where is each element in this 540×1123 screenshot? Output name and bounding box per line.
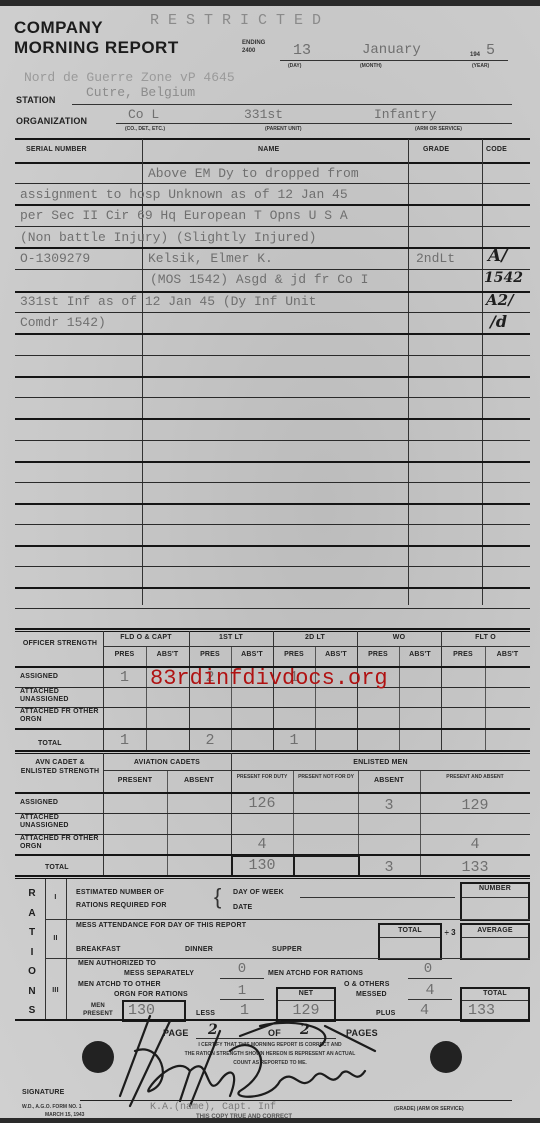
station-label: STATION [16,95,56,105]
group-1st-lt: 1ST LT [189,634,273,641]
em-attached-present-and-absent: 4 [420,836,530,853]
group-aviation-cadets: AVIATION CADETS [103,759,231,766]
roster-line-8: Comdr 1542) [20,315,106,330]
report-year: 5 [486,42,495,59]
sub-abst: ABS'T [315,651,357,658]
roster-line-4: (Non battle Injury) (Slightly Injured) [20,230,316,245]
sub-pres: PRES [357,651,399,658]
breakfast-label: BREAKFAST [76,946,121,953]
signature-scribble [80,1011,420,1111]
signer-typed: K.A.(name), Capt. Inf [150,1102,276,1113]
col-em-present-and-absent: PRESENT AND ABSENT [430,773,520,782]
em-total-present-duty: 130 [231,857,293,874]
col-em-present-for-duty: PRESENT FOR DUTY [236,773,288,782]
sub-pres: PRES [103,651,146,658]
section-i-number: I [45,894,66,901]
rations-total-value: 133 [468,1002,495,1019]
roster-code-1: A/ [488,246,507,266]
col-avn-present: PRESENT [103,777,167,784]
col-name: NAME [258,146,279,153]
group-wo: WO [357,634,441,641]
enlisted-row-attached-unassigned: ATTACHED UNASSIGNED [20,814,100,830]
atchd-other-value: 1 [222,983,262,999]
enlisted-row-assigned: ASSIGNED [20,799,58,806]
sec1-label-line1: ESTIMATED NUMBER OF [76,889,164,896]
atchd-other-label1: MEN ATCHD TO OTHER [78,981,161,988]
plus-value: 4 [420,1002,429,1019]
officer-assigned-fld-pres: 1 [103,669,146,686]
roster-line-3: per Sec II Cir 69 Hq European T Opns U S… [20,208,348,223]
watermark: 83rdinfdivdocs.org [150,666,388,691]
roster-name: Kelsik, Elmer K. [148,251,273,266]
roster-line-2: assignment to hosp Unknown as of 12 Jan … [20,187,348,202]
group-fld-o-capt: FLD O & CAPT [103,634,189,641]
organization-label: ORGANIZATION [16,116,87,126]
brace-icon: { [214,886,221,908]
atchd-rations-label: MEN ATCHD FOR RATIONS [268,970,363,977]
rations-total-label: TOTAL [462,990,528,997]
officer-row-assigned: ASSIGNED [20,673,58,680]
enlisted-row-total: TOTAL [45,864,69,871]
org-company-caption: (CO., DET., ETC.) [125,126,165,132]
total-label: TOTAL [380,927,440,934]
average-label: AVERAGE [462,927,528,934]
report-month: January [362,42,421,58]
officer-row-attached-unassigned: ATTACHED UNASSIGNED [20,688,100,704]
sub-pres: PRES [189,651,231,658]
roster-line-6: (MOS 1542) Asgd & jd fr Co I [150,272,368,287]
em-total-absent: 3 [358,859,420,876]
title-line2: MORNING REPORT [14,38,179,58]
atchd-other-label2: ORGN FOR RATIONS [114,991,188,998]
day-of-week-label: DAY OF WEEK [233,889,284,896]
net-label: NET [278,990,334,997]
col-em-present-not-for-dy: PRESENT NOT FOR DY [297,773,355,782]
location-line: Nord de Guerre Zone vP 4645 [24,70,235,85]
year-prefix: 194 [470,52,480,58]
em-assigned-present-and-absent: 129 [420,797,530,814]
sec1-label-line2: RATIONS REQUIRED FOR [76,902,167,909]
group-flt-o: FLT O [441,634,530,641]
form-line1: W.D., A.G.O. FORM NO. 1 [22,1104,82,1110]
officer-row-total: TOTAL [38,740,62,747]
mess-sep-value: 0 [222,961,262,977]
grade-caption: (GRADE) (ARM OR SERVICE) [394,1106,464,1112]
enlisted-row-attached-fr-other: ATTACHED FR OTHER ORGN [20,835,100,851]
officer-total-2d-pres: 1 [273,732,315,749]
restricted-stamp: RESTRICTED [150,12,330,29]
sub-abst: ABS'T [231,651,273,658]
mess-sep-label2: MESS SEPARATELY [124,970,194,977]
divide-by-three: ÷ 3 [442,928,458,938]
station-value: Cutre, Belgium [86,85,195,100]
title-line1: COMPANY [14,18,103,38]
group-2d-lt: 2D LT [273,634,357,641]
group-enlisted-men: ENLISTED MEN [231,759,530,766]
section-iii-number: III [45,987,66,994]
others-value: 4 [410,982,450,999]
org-arm: Infantry [374,107,436,122]
month-caption: (MONTH) [360,63,382,69]
day-caption: (DAY) [288,63,301,69]
sub-abst: ABS'T [485,651,530,658]
signature-label: SIGNATURE [22,1089,65,1096]
number-label: NUMBER [462,885,528,892]
em-assigned-absent: 3 [358,797,420,814]
col-code: CODE [486,146,507,153]
officer-strength-title: OFFICER STRENGTH [18,639,102,648]
roster-line-1: Above EM Dy to dropped from [148,166,359,181]
mess-sep-label1: MEN AUTHORIZED TO [78,960,156,967]
ending-time: 2400 [242,48,255,54]
roster-code-3: A2/ [486,291,514,309]
dinner-label: DINNER [185,946,213,953]
year-caption: (YEAR) [472,63,489,69]
morning-report-card: COMPANY MORNING REPORT RESTRICTED ENDING… [0,6,540,1118]
enlisted-strength-title: AVN CADET & ENLISTED STRENGTH [18,758,102,776]
atchd-rations-value: 0 [408,961,448,977]
ending-label: ENDING [242,40,265,46]
org-parent: 331st [244,107,283,122]
em-assigned-present-duty: 126 [231,795,293,812]
form-line2: MARCH 15, 1943 [45,1112,84,1118]
col-em-absent: ABSENT [358,777,420,784]
sec2-label: MESS ATTENDANCE FOR DAY OF THIS REPORT [76,922,246,929]
roster-code-2: 1542 [484,270,523,286]
org-parent-caption: (PARENT UNIT) [265,126,302,132]
officer-total-1st-pres: 2 [189,732,231,749]
others-label2: MESSED [356,991,387,998]
rations-side-label: RATIONS [22,884,42,1021]
supper-label: SUPPER [272,946,302,953]
col-serial-number: SERIAL NUMBER [26,146,87,153]
roster-grade: 2ndLt [416,251,455,266]
sub-pres: PRES [441,651,485,658]
col-grade: GRADE [423,146,449,153]
col-avn-absent: ABSENT [167,777,231,784]
roster-code-4: /d [490,312,507,331]
section-ii-number: II [45,935,66,942]
em-attached-present-duty: 4 [231,836,293,853]
sub-pres: PRES [273,651,315,658]
others-label1: O & OTHERS [344,981,390,988]
roster-serial: O-1309279 [20,251,90,266]
officer-total-fld-pres: 1 [103,732,146,749]
copy-note: THIS COPY TRUE AND CORRECT [196,1114,292,1120]
sub-abst: ABS'T [146,651,189,658]
em-total-present-and-absent: 133 [420,859,530,876]
binder-hole-right [430,1041,462,1073]
org-company: Co L [128,107,159,122]
org-arm-caption: (ARM OR SERVICE) [415,126,462,132]
date-label: DATE [233,904,252,911]
roster-line-7: 331st Inf as of 12 Jan 45 (Dy Inf Unit [20,294,316,309]
report-day: 13 [293,42,311,59]
officer-row-attached-fr-other: ATTACHED FR OTHER ORGN [20,708,100,724]
sub-abst: ABS'T [399,651,441,658]
